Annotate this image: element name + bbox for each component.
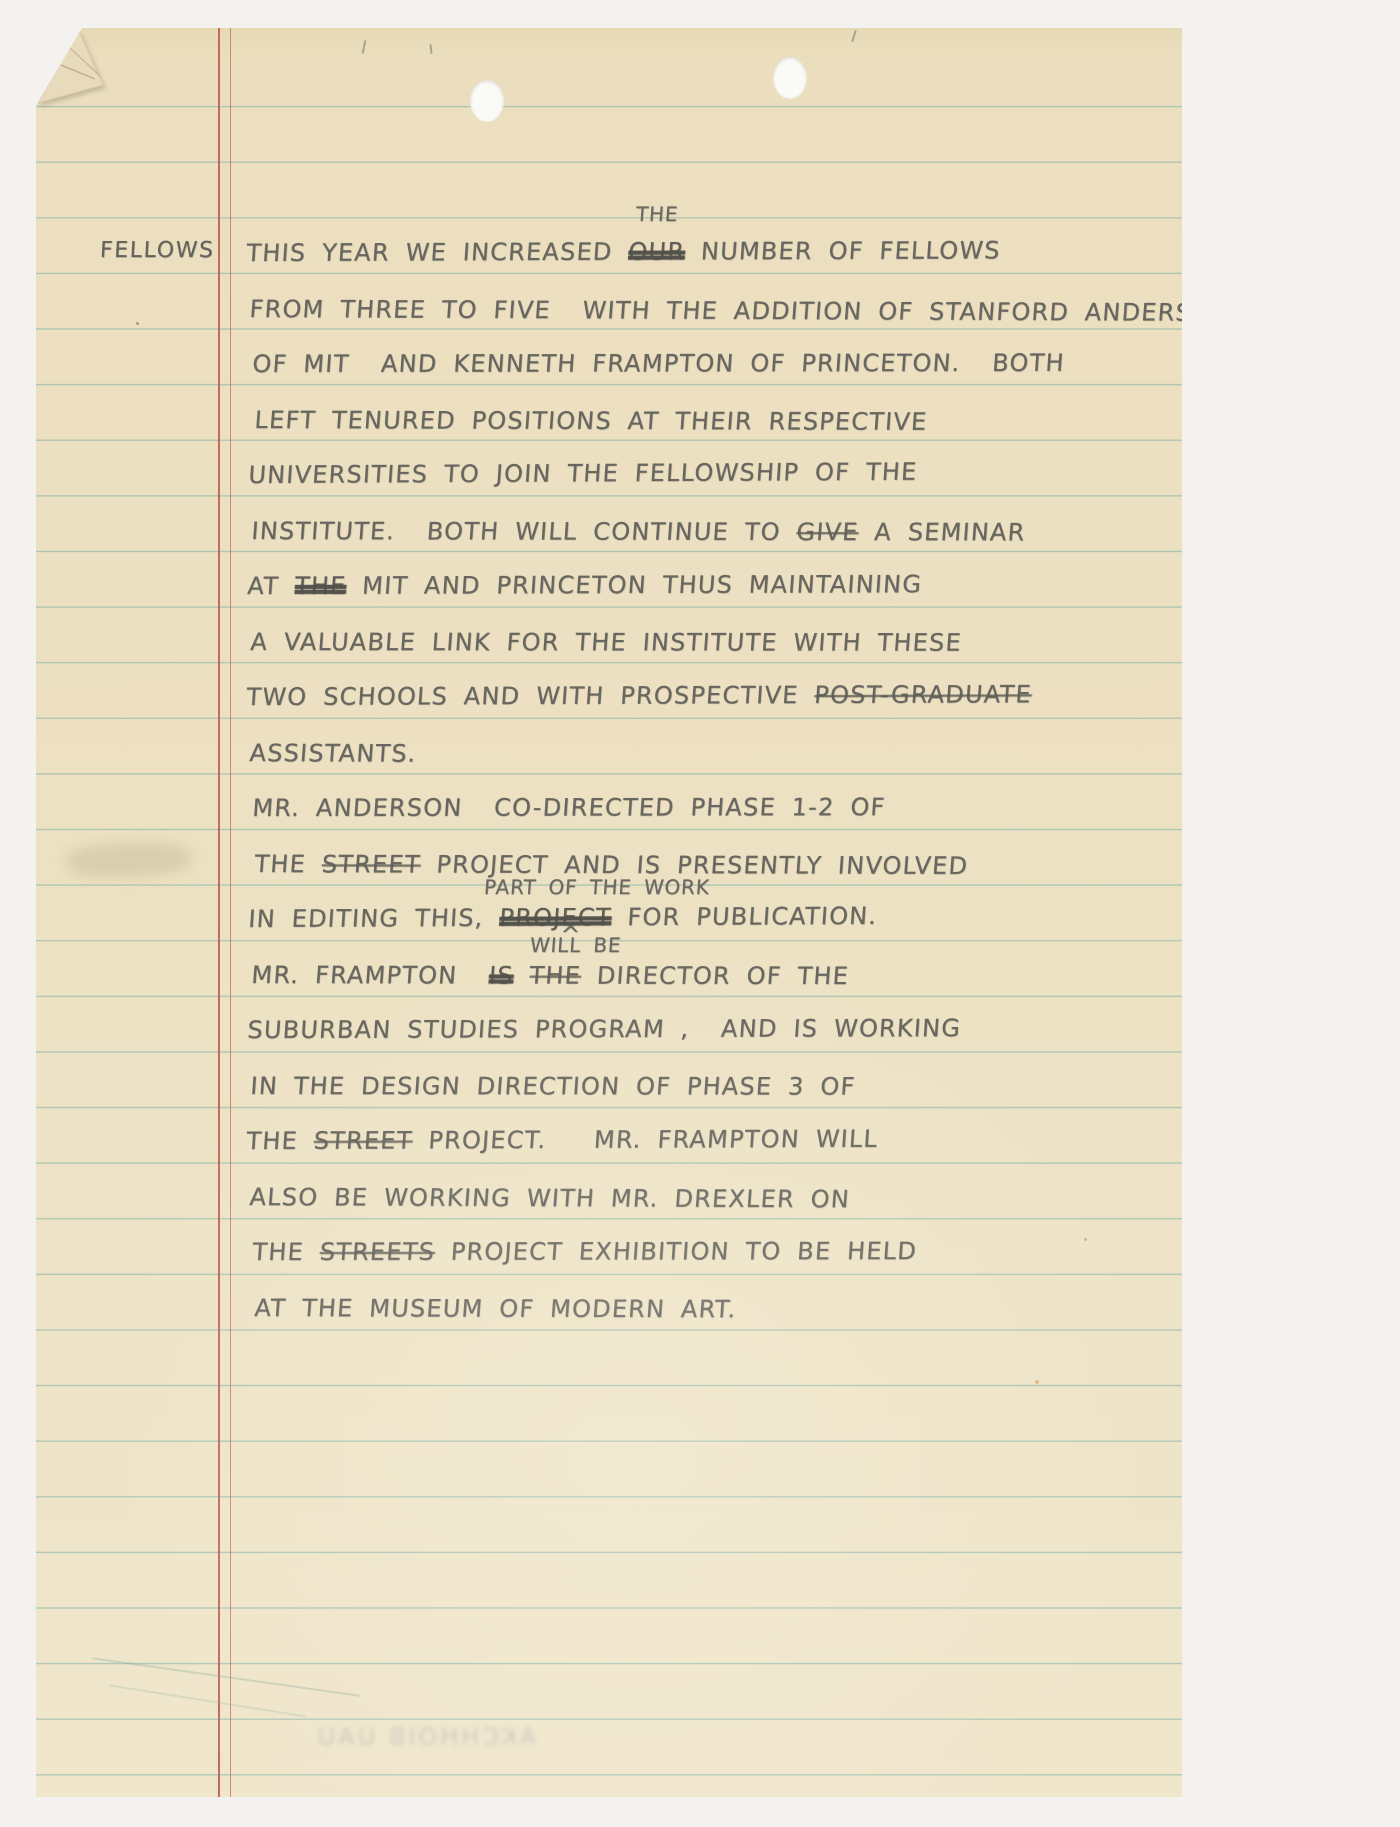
handwritten-line: THIS YEAR WE INCREASED OUR NUMBER OF FEL…: [245, 231, 1002, 274]
dog-ear-fold: [36, 28, 155, 137]
handwritten-line: AT THE MUSEUM OF MODERN ART.: [253, 1289, 738, 1330]
handwriting-segment: STREETS: [319, 1238, 436, 1266]
red-margin-line-inner: [230, 28, 232, 1797]
handwriting-segment: LEFT TENURED POSITIONS AT THEIR RESPECTI…: [254, 406, 929, 436]
handwriting-segment: MR. FRAMPTON: [251, 961, 490, 989]
handwriting-segment: AT: [246, 572, 295, 600]
handwriting-segment: POST-GRADUATE: [813, 680, 1032, 709]
handwriting-segment: FOR PUBLICATION.: [611, 902, 878, 931]
handwriting-segment: ALSO BE WORKING WITH MR. DREXLER ON: [249, 1183, 851, 1213]
hole-punch-right: [773, 57, 807, 99]
handwriting-segment: FROM THREE TO FIVE WITH THE ADDITION OF …: [249, 295, 1182, 327]
notepad-paper: AKCHHOIB UAU FELLOWS THIS YEAR WE INCREA…: [36, 28, 1182, 1797]
handwriting-segment: NUMBER OF FELLOWS: [684, 236, 1001, 265]
pencil-smudge-line: [109, 1684, 307, 1717]
handwriting-segment: THE: [254, 850, 323, 878]
handwritten-line: THE STREETS PROJECT EXHIBITION TO BE HEL…: [251, 1232, 918, 1273]
handwriting-segment: AT THE MUSEUM OF MODERN ART.: [254, 1294, 738, 1323]
handwriting-segment: THE: [528, 961, 581, 989]
handwritten-line: INSTITUTE. BOTH WILL CONTINUE TO GIVE A …: [250, 512, 1027, 553]
handwritten-line: UNIVERSITIES TO JOIN THE FELLOWSHIP OF T…: [247, 453, 919, 496]
paper-speck: [136, 322, 139, 325]
handwritten-line: TWO SCHOOLS AND WITH PROSPECTIVE POST-GR…: [245, 675, 1033, 718]
red-margin-line-outer: [218, 28, 220, 1797]
handwriting-segment: STREET: [313, 1126, 414, 1154]
handwritten-line: MR. FRAMPTON IS THE DIRECTOR OF THE: [250, 956, 850, 997]
handwritten-line: ALSO BE WORKING WITH MR. DREXLER ON: [248, 1178, 851, 1220]
handwriting-segment: ASSISTANTS.: [249, 739, 418, 768]
handwriting-segment: OF MIT AND KENNETH FRAMPTON OF PRINCETON…: [251, 349, 1065, 378]
pencil-smudge-line: [92, 1657, 360, 1697]
crossed-out-word: PROJECT: [499, 903, 613, 932]
handwriting-segment: INSTITUTE. BOTH WILL CONTINUE TO: [251, 517, 798, 546]
handwritten-line: MR. ANDERSON CO-DIRECTED PHASE 1-2 OF: [251, 788, 887, 829]
insertion-part-of-the-work: PART OF THE WORK: [483, 875, 710, 899]
handwriting-segment: DIRECTOR OF THE: [580, 961, 850, 989]
hole-punch-left: [470, 80, 504, 122]
crossed-out-word: THE: [294, 572, 347, 600]
pencil-tick-mark: [362, 40, 367, 54]
pencil-tick-mark: [429, 44, 432, 54]
handwriting-segment: IN EDITING THIS,: [247, 904, 500, 933]
paper-speck: [1084, 1238, 1087, 1241]
handwritten-line: FROM THREE TO FIVE WITH THE ADDITION OF …: [248, 290, 1182, 334]
handwriting-segment: MIT AND PRINCETON THUS MAINTAINING: [345, 570, 923, 600]
insertion-the: THE: [635, 202, 679, 226]
handwritten-line: LEFT TENURED POSITIONS AT THEIR RESPECTI…: [253, 401, 929, 443]
crossed-out-word: IS: [488, 961, 515, 989]
caret-mark: ^: [559, 921, 582, 949]
handwriting-segment: PROJECT EXHIBITION TO BE HELD: [434, 1237, 918, 1266]
handwritten-line: IN THE DESIGN DIRECTION OF PHASE 3 OF: [249, 1067, 857, 1108]
handwriting-segment: THIS YEAR WE INCREASED: [245, 238, 629, 267]
handwritten-line: ASSISTANTS.: [248, 734, 418, 775]
handwriting-segment: STREET: [321, 850, 422, 878]
pencil-tick-mark: [851, 30, 857, 42]
handwriting-segment: IN THE DESIGN DIRECTION OF PHASE 3 OF: [249, 1072, 856, 1101]
handwritten-line: SUBURBAN STUDIES PROGRAM , AND IS WORKIN…: [246, 1009, 962, 1051]
paper-speck: [1035, 1380, 1039, 1384]
handwriting-segment: A SEMINAR: [858, 518, 1027, 546]
handwriting-segment: THE: [245, 1127, 314, 1155]
handwritten-line: AT THE MIT AND PRINCETON THUS MAINTAININ…: [246, 565, 923, 607]
handwriting-segment: UNIVERSITIES TO JOIN THE FELLOWSHIP OF T…: [247, 458, 918, 489]
bleed-through-smudge: [65, 841, 191, 879]
handwritten-line: OF MIT AND KENNETH FRAMPTON OF PRINCETON…: [251, 344, 1066, 385]
handwritten-line: THE STREET PROJECT. MR. FRAMPTON WILL: [245, 1120, 879, 1162]
handwriting-segment: THE: [251, 1238, 320, 1266]
handwriting-segment: GIVE: [795, 517, 859, 545]
bleed-through-text: AKCHHOIB UAU: [216, 1723, 536, 1751]
handwriting-segment: A VALUABLE LINK FOR THE INSTITUTE WITH T…: [249, 628, 962, 657]
handwriting-segment: PROJECT. MR. FRAMPTON WILL: [412, 1125, 879, 1155]
handwriting-segment: SUBURBAN STUDIES PROGRAM , AND IS WORKIN…: [246, 1014, 962, 1044]
crossed-out-word: OUR: [627, 237, 686, 265]
handwriting-segment: MR. ANDERSON CO-DIRECTED PHASE 1-2 OF: [251, 793, 886, 822]
margin-note-fellows: FELLOWS: [99, 238, 215, 263]
handwriting-segment: TWO SCHOOLS AND WITH PROSPECTIVE: [245, 681, 815, 711]
handwritten-line: A VALUABLE LINK FOR THE INSTITUTE WITH T…: [249, 623, 963, 664]
